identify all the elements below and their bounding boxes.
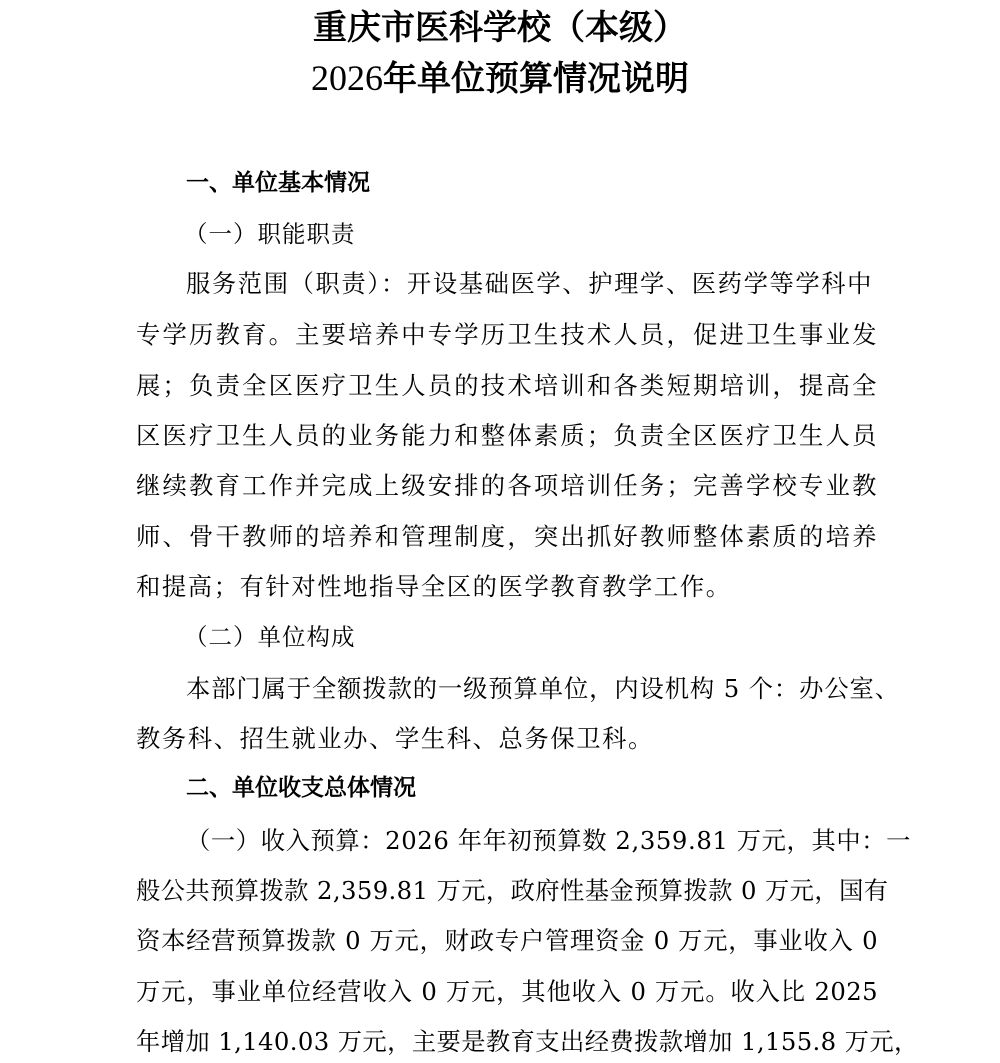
paragraph-line: 展；负责全区医疗卫生人员的技术培训和各类短期培训，提高全 [136,371,878,401]
subsection-heading-composition: （二）单位构成 [184,622,356,652]
section-heading-income-expense: 二、单位收支总体情况 [186,773,416,803]
paragraph-line: 本部门属于全额拨款的一级预算单位，内设机构 5 个：办公室、 [186,674,898,704]
document-title-line2: 2026年单位预算情况说明 [0,58,1000,99]
title-rest: 年单位预算情况说明 [383,59,689,99]
paragraph-line: 服务范围（职责）：开设基础医学、护理学、医药学等学科中 [186,269,878,299]
paragraph-line: 资本经营预算拨款 0 万元，财政专户管理资金 0 万元，事业收入 0 [136,926,878,956]
paragraph-line: 教务科、招生就业办、学生科、总务保卫科。 [136,724,878,754]
paragraph-line: 区医疗卫生人员的业务能力和整体素质；负责全区医疗卫生人员 [136,421,878,451]
paragraph-line: 年增加 1,140.03 万元，主要是教育支出经费拨款增加 1,155.8 万元… [136,1027,878,1057]
section-heading-basic-info: 一、单位基本情况 [186,168,370,198]
document-title-line1: 重庆市医科学校（本级） [0,8,1000,48]
paragraph-line: 师、骨干教师的培养和管理制度，突出抓好教师整体素质的培养 [136,522,878,552]
paragraph-line: 万元，事业单位经营收入 0 万元，其他收入 0 万元。收入比 2025 [136,977,878,1007]
subsection-heading-functions: （一）职能职责 [184,219,356,249]
paragraph-line: 般公共预算拨款 2,359.81 万元，政府性基金预算拨款 0 万元，国有 [136,876,878,906]
paragraph-line: 专学历教育。主要培养中专学历卫生技术人员，促进卫生事业发 [136,320,878,350]
paragraph-line: （一）收入预算：2026 年年初预算数 2,359.81 万元，其中：一 [186,826,878,856]
paragraph-line: 和提高；有针对性地指导全区的医学教育教学工作。 [136,572,878,602]
title-year: 2026 [311,58,383,98]
paragraph-line: 继续教育工作并完成上级安排的各项培训任务；完善学校专业教 [136,471,878,501]
